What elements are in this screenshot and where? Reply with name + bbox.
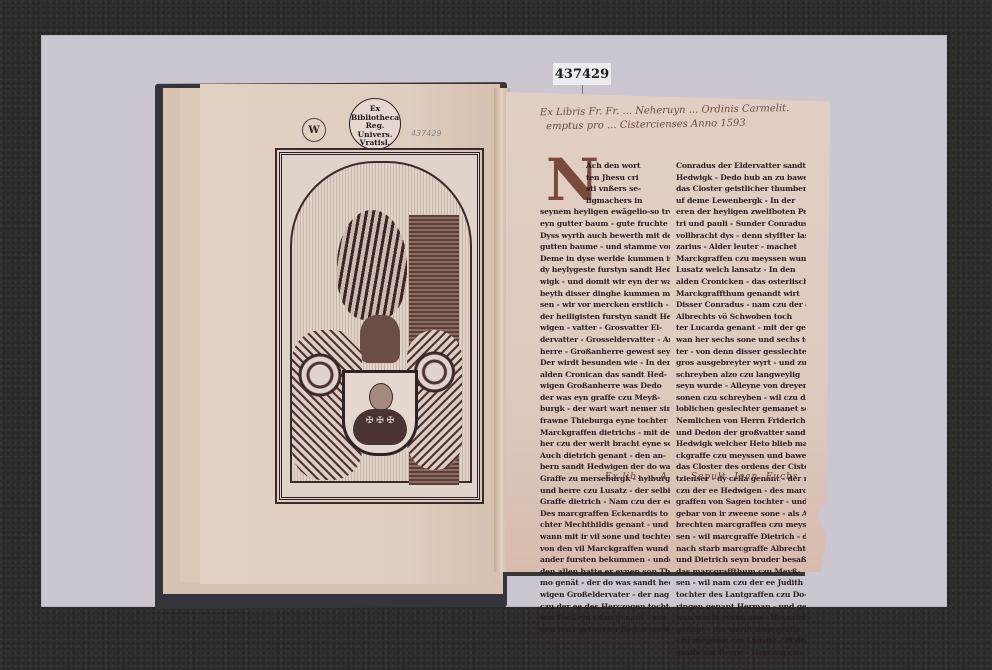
- cross-icons: ✠ ✠ ✠: [366, 416, 394, 426]
- text-line: ten Jhesu cri: [540, 172, 670, 184]
- text-line: ter - von denn disser gesslechte gar: [676, 346, 806, 358]
- text-line: eyn gutter baum - gute fruchte -: [540, 218, 670, 230]
- text-line: ter Lucarda genant - mit der ge-: [676, 322, 806, 334]
- text-line: wigen Großanherre was Dedo: [540, 380, 670, 392]
- text-line: Deme in dyse werlde kummen ist: [540, 253, 670, 265]
- text-line: czu der ee des Herczogen tochter: [540, 601, 670, 613]
- text-line: sen - wil marcgraffe Dietrich - das: [676, 531, 806, 543]
- text-line: und herre czu Lusatz - der selbige: [540, 485, 670, 497]
- text-line: wigen Großeldervater - der nag: [540, 589, 670, 601]
- text-line: gebar von ir zweene sone - als Al-: [676, 508, 806, 520]
- text-line: der was eyn graffe czu Meyß-: [540, 392, 670, 404]
- text-line: beyth disser dinghe kummen mus-: [540, 288, 670, 300]
- text-line: und Dietrich seyn bruder besaß: [676, 554, 806, 566]
- bust-head: [369, 383, 393, 411]
- text-line: Lusatz welch lansatz - In den: [676, 264, 806, 276]
- stamp-line: Reg. Univers.: [350, 122, 400, 139]
- text-line: dy heylygeste furstyn sandt Hed-: [540, 264, 670, 276]
- text-line: gros ausgebreyter wyrt - und zu: [676, 357, 806, 369]
- text-line: Graffe dietrich - Nam czu der ee: [540, 496, 670, 508]
- text-line: wan von ir eynen son - Heynrich: [676, 612, 806, 624]
- text-line: wan her sechs sone und sechs toch: [676, 334, 806, 346]
- text-line: czu meyssen czu Lausitz - Pfaltz: [676, 635, 806, 647]
- text-line: Marckgraffen czu meyssen wund: [676, 253, 806, 265]
- woodcut-coat-of-arms: ✠ ✠ ✠: [279, 152, 480, 500]
- handwritten-footer-note: Ex lib. ... A. ... Sepult. Joan. Fuchs: [605, 472, 799, 482]
- helmet: [360, 315, 400, 363]
- text-line: Albrechts vö Schwoben toch: [676, 311, 806, 323]
- catalog-number-label: 437429: [552, 62, 612, 86]
- text-line: ligmachers in: [540, 195, 670, 207]
- text-line: wann mit ir vil sone und tochter -: [540, 531, 670, 543]
- text-line: der heiligisten furstyn sandt Hed: [540, 311, 670, 323]
- text-line: mo genät - der do was sandt hed-: [540, 577, 670, 589]
- text-line: alden Cronicken - das osterlische: [676, 276, 806, 288]
- text-line: und Dedon der großvatter sandt: [676, 427, 806, 439]
- text-line: eren der heyligen zwelfboten Pe-: [676, 206, 806, 218]
- text-line: frawne Thieburga eyne tochter: [540, 415, 670, 427]
- text-line: dervatter - Grosseldervatter - An-: [540, 334, 670, 346]
- text-line: Dyss wyrth auch bewerth mit dei: [540, 230, 670, 242]
- text-line: vollbracht dys - denn styffter las: [676, 230, 806, 242]
- text-line: tochter des Lantgraffen czu Do-: [676, 589, 806, 601]
- text-line: Der wirdt besunden wie - In den: [540, 357, 670, 369]
- text-line: herre - Großanherre gewest seyen-: [540, 346, 670, 358]
- text-line: wigk - und domit wir eyn der war: [540, 276, 670, 288]
- text-line: her czu der werlt bracht eyne son: [540, 438, 670, 450]
- text-line: seyn wurde - Alleyne von dreyen: [676, 380, 806, 392]
- text-line: von den vil Marckgraffen wund: [540, 543, 670, 555]
- text-column-left: Ach den wortten Jhesu cristi vnßers se-l…: [540, 160, 670, 635]
- text-line: sen - wil nam czu der ee Judith by: [676, 577, 806, 589]
- pencil-shelfmark: 437429: [411, 129, 442, 138]
- text-line: sen - wir vor mercken erstlich - wer: [540, 299, 670, 311]
- text-line: burgk - der wart wart nemer sine: [540, 403, 670, 415]
- text-line: ckgraffe czu meyssen und bawete: [676, 450, 806, 462]
- text-column-right: Conradus der Eldervatter sandtHedwigk - …: [676, 160, 806, 659]
- text-line: sonen czu schreyben - wil czu disser: [676, 392, 806, 404]
- helmet-plume: [337, 210, 407, 320]
- text-line: wigen - vatter - Grosvatter El-: [540, 322, 670, 334]
- text-line: Des marcgraffen Eckenardis to: [540, 508, 670, 520]
- text-line: Conradus der Eldervatter sandt: [676, 160, 806, 172]
- text-line: tri und pauli - Sunder Conradus: [676, 218, 806, 230]
- text-line: ringen genant Herman - und ge-: [676, 601, 806, 613]
- text-line: chter Mechthildis genant - und ge: [540, 519, 670, 531]
- text-line: loblichen geslechter gemanet seyn -: [676, 403, 806, 415]
- text-line: Ach den wort: [540, 160, 670, 172]
- text-line: das Closter geistlicher thumbern: [676, 183, 806, 195]
- text-line: Hedwigk welcher Heto blieb mar-: [676, 438, 806, 450]
- text-line: Disser Conradus - nam czu der ee: [676, 299, 806, 311]
- text-line: uf deme Lewenbergk - In der: [676, 195, 806, 207]
- library-ownership-stamp: Ex Bibliotheca Reg. Univers. Vratisl.: [349, 98, 401, 150]
- text-line: czu der ee Hedwigen - des marck-: [676, 485, 806, 497]
- text-line: den allen hatte er eynen son Thy-: [540, 566, 670, 578]
- text-line: schreyben alzo czu langweylig: [676, 369, 806, 381]
- text-line: graffen von Sagen tochter - und: [676, 496, 806, 508]
- text-line: von Fockeyn ydan genant - von: [540, 612, 670, 624]
- text-line: Auch dietrich genant - den an-: [540, 450, 670, 462]
- text-line: den wart geborenn Dedon unde: [540, 624, 670, 636]
- text-line: Hedwigk - Dedo hub an zu bawe: [676, 172, 806, 184]
- text-line: nach starb marcgraffe Albrecht: [676, 543, 806, 555]
- library-small-stamp: W: [302, 118, 326, 142]
- heraldic-shield: ✠ ✠ ✠: [342, 370, 418, 456]
- text-line: Marckgraffen dietrichs - mit der: [540, 427, 670, 439]
- text-line: genant - der wardt marcgraffe: [676, 624, 806, 636]
- text-line: alden Cronican das sandt Hed-: [540, 369, 670, 381]
- text-line: seynem heyligen ewãgelio-so treych: [540, 206, 670, 218]
- text-line: sti vnßers se-: [540, 183, 670, 195]
- text-line: graffe am Reyne - Herczog czu: [676, 647, 806, 659]
- text-line: zarius - Alder leuter - machet: [676, 241, 806, 253]
- handwritten-inscription: Ex Libris Fr. Fr. ... Neheruyn ... Ordin…: [540, 102, 815, 135]
- stamp-letter: W: [308, 125, 319, 136]
- text-line: brechten marcgraffen czu meyss-: [676, 519, 806, 531]
- text-line: Nemlichen von Herrn Friderich: [676, 415, 806, 427]
- text-line: gutten baume - und stamme von: [540, 241, 670, 253]
- text-line: das marcgraffthum czu Meyß-: [676, 566, 806, 578]
- text-line: Marckgraffthum genandt wirt: [676, 288, 806, 300]
- stamp-line: Vratisl.: [350, 139, 400, 148]
- text-line: ander fursten bekummen - under: [540, 554, 670, 566]
- bust-body: ✠ ✠ ✠: [353, 409, 407, 445]
